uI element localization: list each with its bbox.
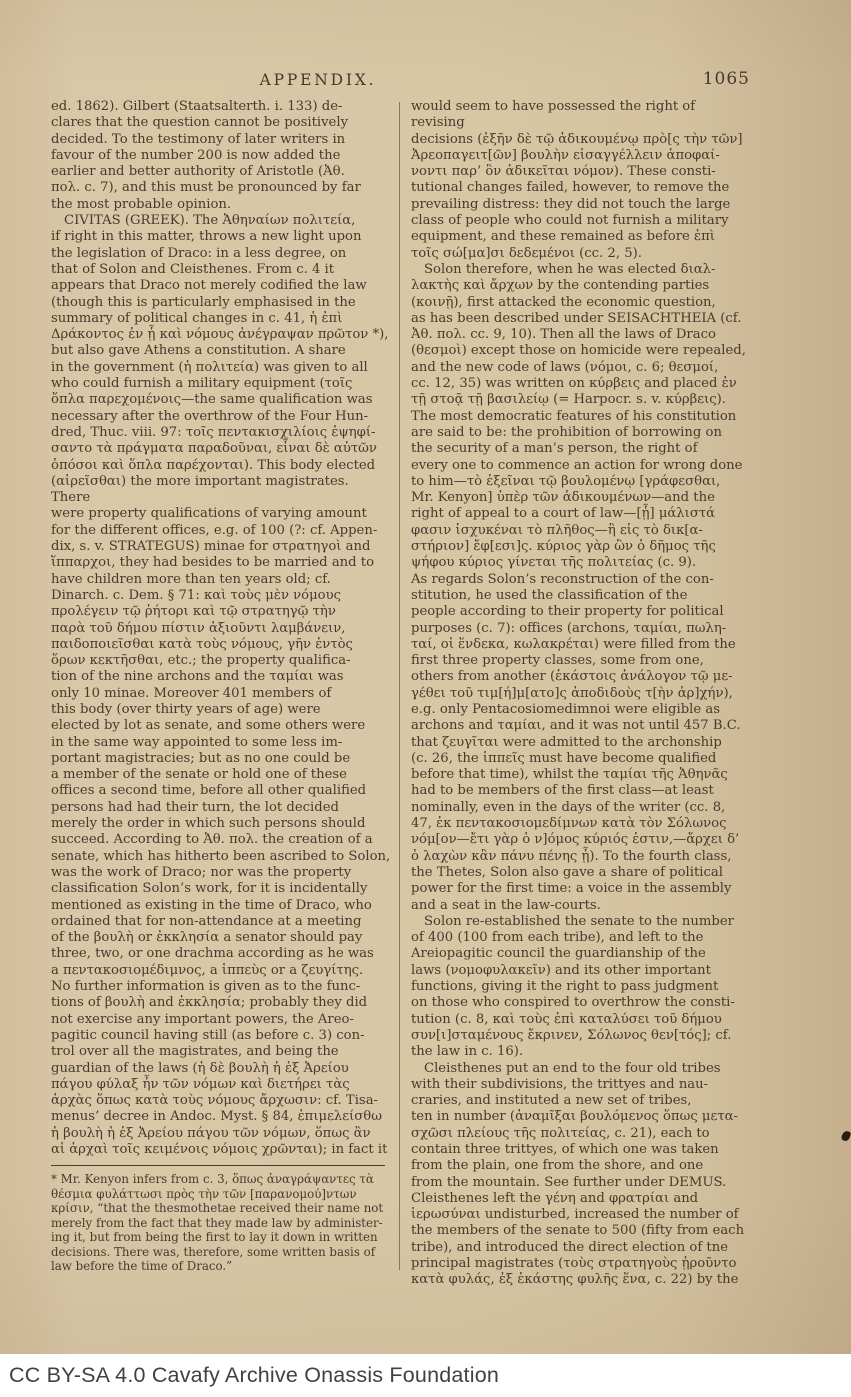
left-column-paragraph-civitas-entry: CIVITAS (GREEK). The Ἀθηναίων πολιτεία, … xyxy=(51,213,391,1158)
license-text: CC BY-SA 4.0 Cavafy Archive Onassis Foun… xyxy=(0,1363,499,1388)
right-column-paragraph-cleisthenes: Cleisthenes put an end to the four old t… xyxy=(411,1061,751,1289)
license-bar: CC BY-SA 4.0 Cavafy Archive Onassis Foun… xyxy=(0,1354,851,1397)
running-head-title: APPENDIX. xyxy=(228,71,408,89)
left-column: ed. 1862). Gilbert (Staatsalterth. i. 13… xyxy=(51,99,391,1273)
column-divider-rule xyxy=(399,102,400,1270)
left-column-paragraph-continuation: ed. 1862). Gilbert (Staatsalterth. i. 13… xyxy=(51,99,391,213)
right-column-paragraph-continuation: would seem to have possessed the right o… xyxy=(411,99,751,262)
right-column: would seem to have possessed the right o… xyxy=(411,99,751,1289)
page-number: 1065 xyxy=(693,69,750,89)
right-column-paragraph-senate: Solon re-established the senate to the n… xyxy=(411,914,751,1061)
right-column-paragraph-solon: Solon therefore, when he was elected δια… xyxy=(411,262,751,914)
footnote-separator-rule xyxy=(51,1165,385,1166)
footnote-text: * Mr. Kenyon infers from c. 3, ὅπως ἀναγ… xyxy=(51,1172,391,1273)
